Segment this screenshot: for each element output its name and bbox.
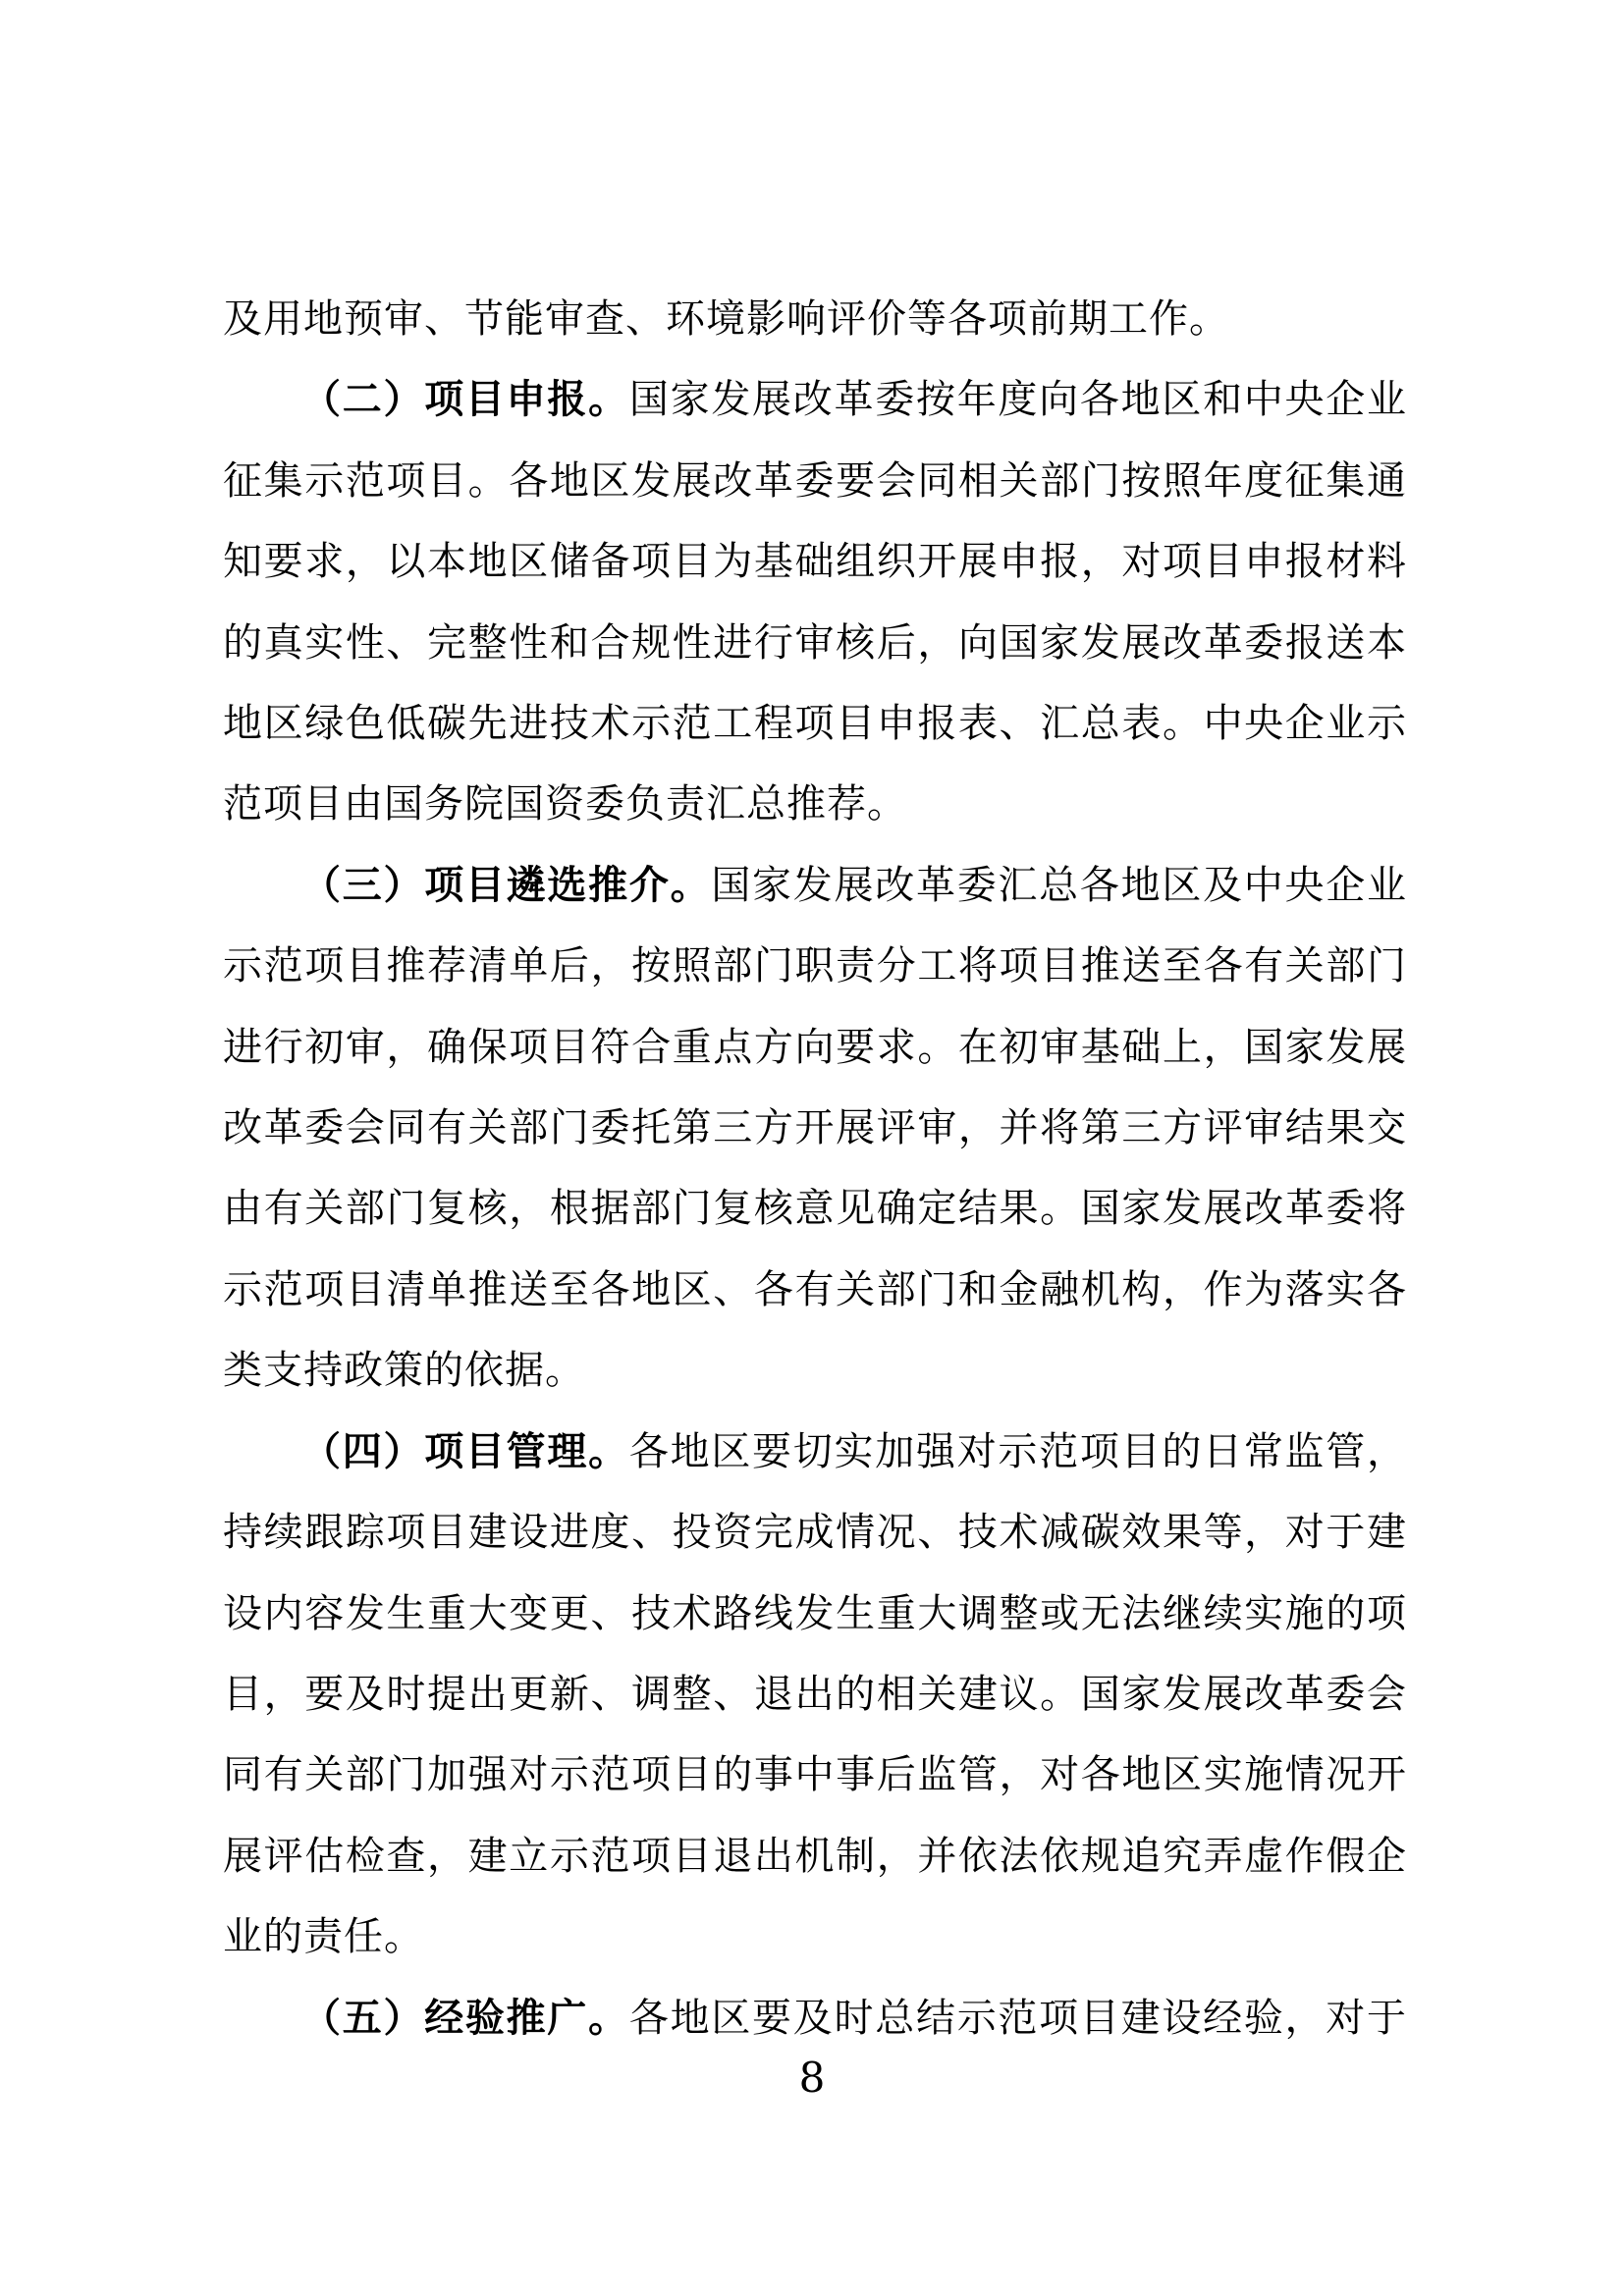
text-line: 目，要及时提出更新、调整、退出的相关建议。国家发展改革委会 xyxy=(223,1654,1407,1735)
line-text: 范项目由国务院国资委负责汇总推荐。 xyxy=(223,781,907,827)
text-line: 及用地预审、节能审查、环境影响评价等各项前期工作。 xyxy=(223,279,1407,359)
line-text: 展评估检查，建立示范项目退出机制，并依法依规追究弄虚作假企 xyxy=(223,1834,1407,1879)
text-line: 进行初审，确保项目符合重点方向要求。在初审基础上，国家发展 xyxy=(223,1007,1407,1088)
line-text: 进行初审，确保项目符合重点方向要求。在初审基础上，国家发展 xyxy=(223,1025,1407,1070)
line-text: 各地区要切实加强对示范项目的日常监管， xyxy=(629,1429,1407,1474)
text-line: 的真实性、完整性和合规性进行审核后，向国家发展改革委报送本 xyxy=(223,603,1407,683)
line-text: 知要求，以本地区储备项目为基础组织开展申报，对项目申报材料 xyxy=(223,539,1407,584)
text-line: 范项目由国务院国资委负责汇总推荐。 xyxy=(223,764,1407,844)
text-block: 及用地预审、节能审查、环境影响评价等各项前期工作。（二）项目申报。国家发展改革委… xyxy=(223,279,1407,2058)
line-text: 示范项目推荐清单后，按照部门职责分工将项目推送至各有关部门 xyxy=(223,943,1407,988)
text-line: 由有关部门复核，根据部门复核意见确定结果。国家发展改革委将 xyxy=(223,1168,1407,1249)
line-text: 改革委会同有关部门委托第三方开展评审，并将第三方评审结果交 xyxy=(223,1105,1407,1150)
line-text: 的真实性、完整性和合规性进行审核后，向国家发展改革委报送本 xyxy=(223,620,1407,666)
text-line: 知要求，以本地区储备项目为基础组织开展申报，对项目申报材料 xyxy=(223,521,1407,602)
text-line: 持续跟踪项目建设进度、投资完成情况、技术减碳效果等，对于建 xyxy=(223,1492,1407,1573)
document-page: { "page": { "number": "8", "background_c… xyxy=(0,0,1624,2296)
text-line: 设内容发生重大变更、技术路线发生重大调整或无法继续实施的项 xyxy=(223,1574,1407,1654)
text-line: 类支持政策的依据。 xyxy=(223,1330,1407,1411)
text-line: （五）经验推广。各地区要及时总结示范项目建设经验，对于 xyxy=(223,1978,1407,2058)
line-text: 及用地预审、节能审查、环境影响评价等各项前期工作。 xyxy=(223,296,1229,342)
line-text: 设内容发生重大变更、技术路线发生重大调整或无法继续实施的项 xyxy=(223,1591,1407,1636)
line-text: 同有关部门加强对示范项目的事中事后监管，对各地区实施情况开 xyxy=(223,1752,1407,1797)
text-line: （三）项目遴选推介。国家发展改革委汇总各地区及中央企业 xyxy=(223,845,1407,926)
text-line: 示范项目清单推送至各地区、各有关部门和金融机构，作为落实各 xyxy=(223,1250,1407,1330)
line-text: 目，要及时提出更新、调整、退出的相关建议。国家发展改革委会 xyxy=(223,1672,1407,1717)
text-line: 地区绿色低碳先进技术示范工程项目申报表、汇总表。中央企业示 xyxy=(223,683,1407,764)
text-line: 示范项目推荐清单后，按照部门职责分工将项目推送至各有关部门 xyxy=(223,926,1407,1006)
line-text: 各地区要及时总结示范项目建设经验，对于 xyxy=(629,1996,1407,2041)
page-number: 8 xyxy=(0,2056,1624,2101)
text-line: （四）项目管理。各地区要切实加强对示范项目的日常监管， xyxy=(223,1412,1407,1492)
text-line: 改革委会同有关部门委托第三方开展评审，并将第三方评审结果交 xyxy=(223,1088,1407,1168)
text-line: （二）项目申报。国家发展改革委按年度向各地区和中央企业 xyxy=(223,359,1407,440)
text-line: 同有关部门加强对示范项目的事中事后监管，对各地区实施情况开 xyxy=(223,1735,1407,1815)
text-line: 展评估检查，建立示范项目退出机制，并依法依规追究弄虚作假企 xyxy=(223,1816,1407,1896)
line-lead: （二）项目申报。 xyxy=(301,376,629,422)
line-lead: （五）经验推广。 xyxy=(301,1995,629,2041)
text-line: 征集示范项目。各地区发展改革委要会同相关部门按照年度征集通 xyxy=(223,441,1407,521)
line-text: 持续跟踪项目建设进度、投资完成情况、技术减碳效果等，对于建 xyxy=(223,1510,1407,1555)
line-text: 地区绿色低碳先进技术示范工程项目申报表、汇总表。中央企业示 xyxy=(223,701,1407,746)
line-text: 征集示范项目。各地区发展改革委要会同相关部门按照年度征集通 xyxy=(223,458,1407,504)
line-lead: （三）项目遴选推介。 xyxy=(301,862,711,908)
line-text: 类支持政策的依据。 xyxy=(223,1348,585,1393)
line-text: 示范项目清单推送至各地区、各有关部门和金融机构，作为落实各 xyxy=(223,1267,1407,1312)
line-text: 由有关部门复核，根据部门复核意见确定结果。国家发展改革委将 xyxy=(223,1186,1407,1231)
text-line: 业的责任。 xyxy=(223,1896,1407,1977)
line-text: 国家发展改革委汇总各地区及中央企业 xyxy=(711,863,1407,908)
line-lead: （四）项目管理。 xyxy=(301,1428,629,1474)
line-text: 业的责任。 xyxy=(223,1914,424,1959)
line-text: 国家发展改革委按年度向各地区和中央企业 xyxy=(629,377,1407,422)
